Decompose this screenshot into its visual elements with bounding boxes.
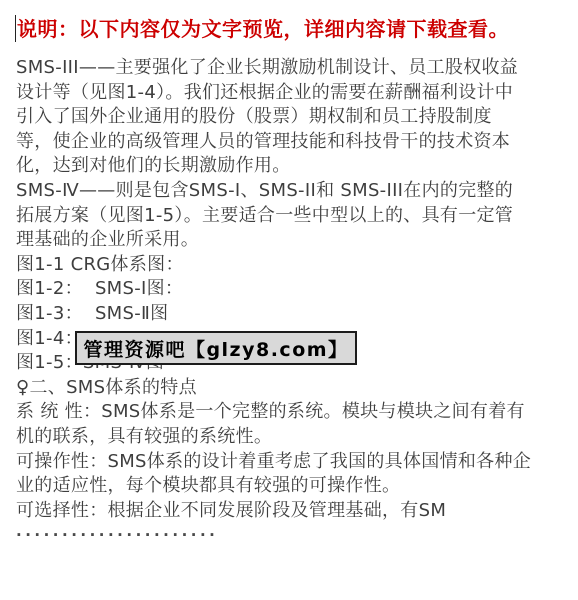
text-line: 可选择性：根据企业不同发展阶段及管理基础，有SM [16,499,576,524]
text-line-figure-1-1: 图1-1 CRG体系图： [16,253,576,278]
text-line: 引入了国外企业通用的股份（股票）期权制和员工持股制度 [16,105,576,130]
text-line-figure-1-3: 图1-3： SMS-Ⅱ图 [16,302,576,327]
text-line: 理基础的企业所采用。 [16,228,576,253]
text-line: 设计等（见图1-4）。我们还根据企业的需要在薪酬福利设计中 [16,81,576,106]
text-line: 可操作性：SMS体系的设计着重考虑了我国的具体国情和各种企 [16,450,576,475]
text-line: SMS-Ⅳ——则是包含SMS-I、SMS-II和 SMS-III在内的完整的 [16,179,576,204]
ellipsis-line: ······················ [16,523,576,548]
text-line: 等，使企业的高级管理人员的管理技能和科技骨干的技术资本 [16,130,576,155]
text-line: 拓展方案（见图1-5）。主要适合一些中型以上的、具有一定管 [16,204,576,229]
text-line: 系 统 性：SMS体系是一个完整的系统。模块与模块之间有着有 [16,400,576,425]
text-line: SMS-III——主要强化了企业长期激励机制设计、员工股权收益 [16,56,576,81]
document-body: SMS-III——主要强化了企业长期激励机制设计、员工股权收益 设计等（见图1-… [16,56,576,548]
preview-notice: 说明：以下内容仅为文字预览，详细内容请下载查看。 [17,13,509,42]
text-line: 机的联系，具有较强的系统性。 [16,425,576,450]
watermark-label: 管理资源吧【glzy8.com】 [83,335,348,362]
section-heading: ♀二、SMS体系的特点 [16,376,576,401]
text-cursor [15,15,16,42]
watermark-box: 管理资源吧【glzy8.com】 [75,331,357,365]
document-preview-page: 说明：以下内容仅为文字预览，详细内容请下载查看。 SMS-III——主要强化了企… [0,0,578,600]
text-line: 化，达到对他们的长期激励作用。 [16,154,576,179]
text-line-figure-1-2: 图1-2： SMS-Ⅰ图： [16,277,576,302]
text-line: 业的适应性，每个模块都具有较强的可操作性。 [16,474,576,499]
